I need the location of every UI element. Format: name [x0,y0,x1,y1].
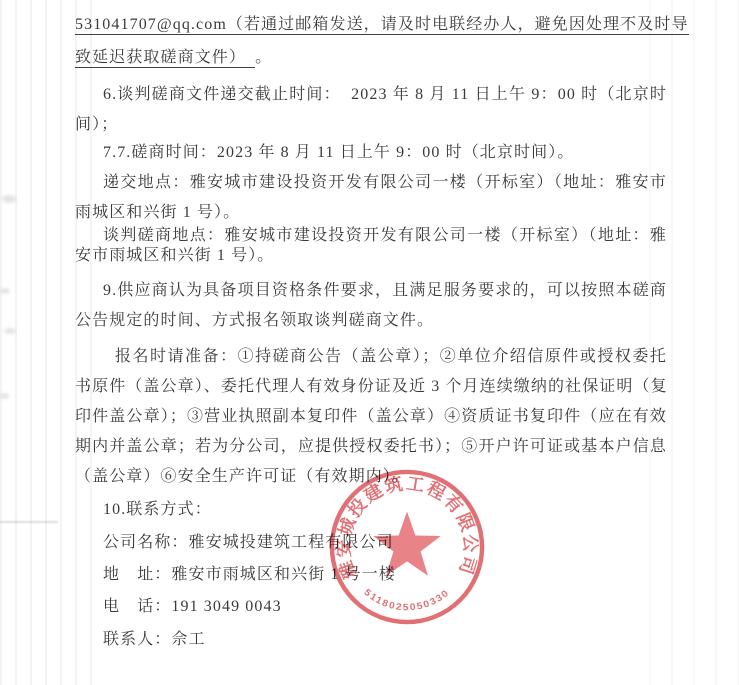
doc-line contact-line: 联系人：佘工 [103,629,206,651]
doc-line: 间）； [75,114,118,136]
doc-line: 书原件（盖公章）、委托代理人有效身份证及近 3 个月连续缴纳的社保证明（复 [75,376,667,398]
doc-line: 致延迟获取磋商文件） 。 [75,47,272,69]
doc-line: 10.联系方式： [103,499,212,521]
underlined-text: 531041707@qq.com（若通过邮箱发送，请及时电联经办人，避免因处理不… [75,16,689,35]
seal-number-text: 5118025050330 [362,587,451,612]
doc-line: 7.7.磋商时间：2023 年 8 月 11 日上午 9：00 时（北京时间）。 [103,142,574,164]
scan-streaks-left [0,0,92,685]
doc-line: 公告规定的时间、方式报名领取谈判磋商文件。 [75,310,434,332]
doc-line company-name-line: 公司名称：雅安城投建筑工程有限公司 [103,532,394,554]
doc-line: 印件盖公章）；③营业执照副本复印件（盖公章）④资质证书复印件（应在有效 [75,406,667,428]
doc-line: 报名时请准备：①持磋商公告（盖公章）；②单位介绍信原件或授权委托 [115,346,667,368]
scan-smudge [0,393,9,399]
doc-line: 9.供应商认为具备项目资格条件要求，且满足服务要求的，可以按照本磋商 [103,280,667,302]
scan-smudge [2,195,16,203]
underlined-text: 致延迟获取磋商文件） [75,49,255,68]
scan-smudge [4,328,16,334]
doc-line: 递交地点：雅安城市建设投资开发有限公司一楼（开标室）（地址：雅安市 [103,172,667,194]
document-page: 531041707@qq.com（若通过邮箱发送，请及时电联经办人，避免因处理不… [0,0,739,685]
doc-line: 雨城区和兴街 1 号）。 [75,202,240,224]
doc-line: 安市雨城区和兴街 1 号）。 [75,245,274,267]
doc-line address-line: 地 址：雅安市雨城区和兴街 1 号一楼 [103,564,396,586]
doc-line phone-line: 电 话：191 3049 0043 [103,596,282,618]
doc-line: 期内并盖公章；若为分公司，应提供授权委托书）；⑤开户许可证或基本户信息 [75,436,667,458]
doc-line: 531041707@qq.com（若通过邮箱发送，请及时电联经办人，避免因处理不… [75,14,667,36]
doc-line: 6.谈判磋商文件递交截止时间： 2023 年 8 月 11 日上午 9：00 时… [103,84,667,106]
scan-smudge [0,288,10,294]
doc-line: （盖公章）⑥安全生产许可证（有效期内）。 [75,466,409,488]
scan-smudge [0,521,58,523]
doc-line: 谈判磋商地点：雅安城市建设投资开发有限公司一楼（开标室）（地址：雅 [103,225,667,247]
